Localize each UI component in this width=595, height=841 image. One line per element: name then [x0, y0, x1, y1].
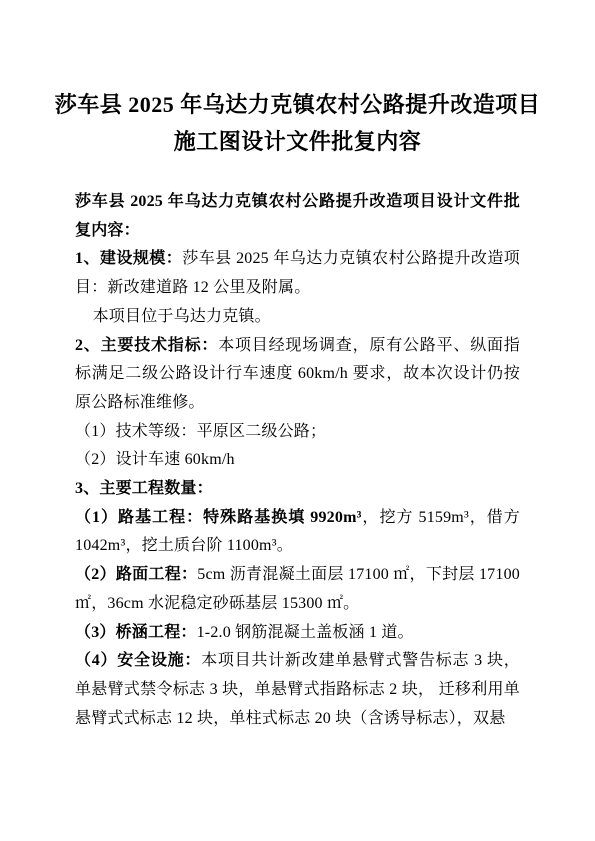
- para-technical-grade-text: （1）技术等级：平原区二级公路；: [75, 423, 326, 440]
- document-title: 莎车县 2025 年乌达力克镇农村公路提升改造项目 施工图设计文件批复内容: [53, 86, 542, 160]
- para-design-speed: （2）设计车速 60km/h: [75, 446, 520, 475]
- para-bridge-culvert-works-text: 1-2.0 钢筋混凝土盖板涵 1 道。: [197, 624, 414, 641]
- para-technical-grade: （1）技术等级：平原区二级公路；: [75, 418, 520, 447]
- para-safety-facilities: （4）安全设施：本项目共计新改建单悬臂式警告标志 3 块，单悬臂式禁令标志 3 …: [75, 647, 520, 733]
- para-technical-indicators: 2、主要技术指标：本项目经现场调查，原有公路平、纵面指标满足二级公路设计行车速度…: [75, 332, 520, 418]
- para-subgrade-works: （1）路基工程：特殊路基换填 9920m³，挖方 5159m³，借方 1042m…: [75, 504, 520, 561]
- document-body: 莎车县 2025 年乌达力克镇农村公路提升改造项目设计文件批复内容： 1、建设规…: [75, 188, 520, 733]
- document-title-line-2: 施工图设计文件批复内容: [53, 123, 542, 160]
- para-bridge-culvert-works-label: （3）桥涵工程：: [75, 624, 197, 641]
- para-pavement-works: （2）路面工程：5cm 沥青混凝土面层 17100 ㎡，下封层 17100 ㎡，…: [75, 561, 520, 618]
- para-subgrade-works-label: （1）路基工程：特殊路基换填 9920m³: [75, 509, 362, 526]
- para-technical-indicators-label: 2、主要技术指标：: [75, 337, 218, 354]
- para-project-location: 本项目位于乌达力克镇。: [75, 303, 520, 332]
- intro-paragraph-bold: 莎车县 2025 年乌达力克镇农村公路提升改造项目设计文件批复内容：: [75, 193, 520, 239]
- document-page: 莎车县 2025 年乌达力克镇农村公路提升改造项目 施工图设计文件批复内容 莎车…: [0, 0, 595, 841]
- intro-paragraph: 莎车县 2025 年乌达力克镇农村公路提升改造项目设计文件批复内容：: [75, 188, 520, 245]
- para-construction-scale: 1、建设规模：莎车县 2025 年乌达力克镇农村公路提升改造项目：新改建道路 1…: [75, 245, 520, 302]
- document-title-line-1: 莎车县 2025 年乌达力克镇农村公路提升改造项目: [53, 86, 542, 123]
- para-safety-facilities-label: （4）安全设施：: [75, 652, 201, 669]
- para-pavement-works-label: （2）路面工程：: [75, 566, 197, 583]
- para-construction-scale-label: 1、建设规模：: [75, 250, 182, 267]
- para-engineering-quantities-label: 3、主要工程数量：: [75, 480, 213, 497]
- para-project-location-text: 本项目位于乌达力克镇。: [93, 308, 271, 325]
- para-design-speed-text: （2）设计车速 60km/h: [75, 451, 235, 468]
- para-bridge-culvert-works: （3）桥涵工程：1-2.0 钢筋混凝土盖板涵 1 道。: [75, 619, 520, 648]
- para-engineering-quantities-heading: 3、主要工程数量：: [75, 475, 520, 504]
